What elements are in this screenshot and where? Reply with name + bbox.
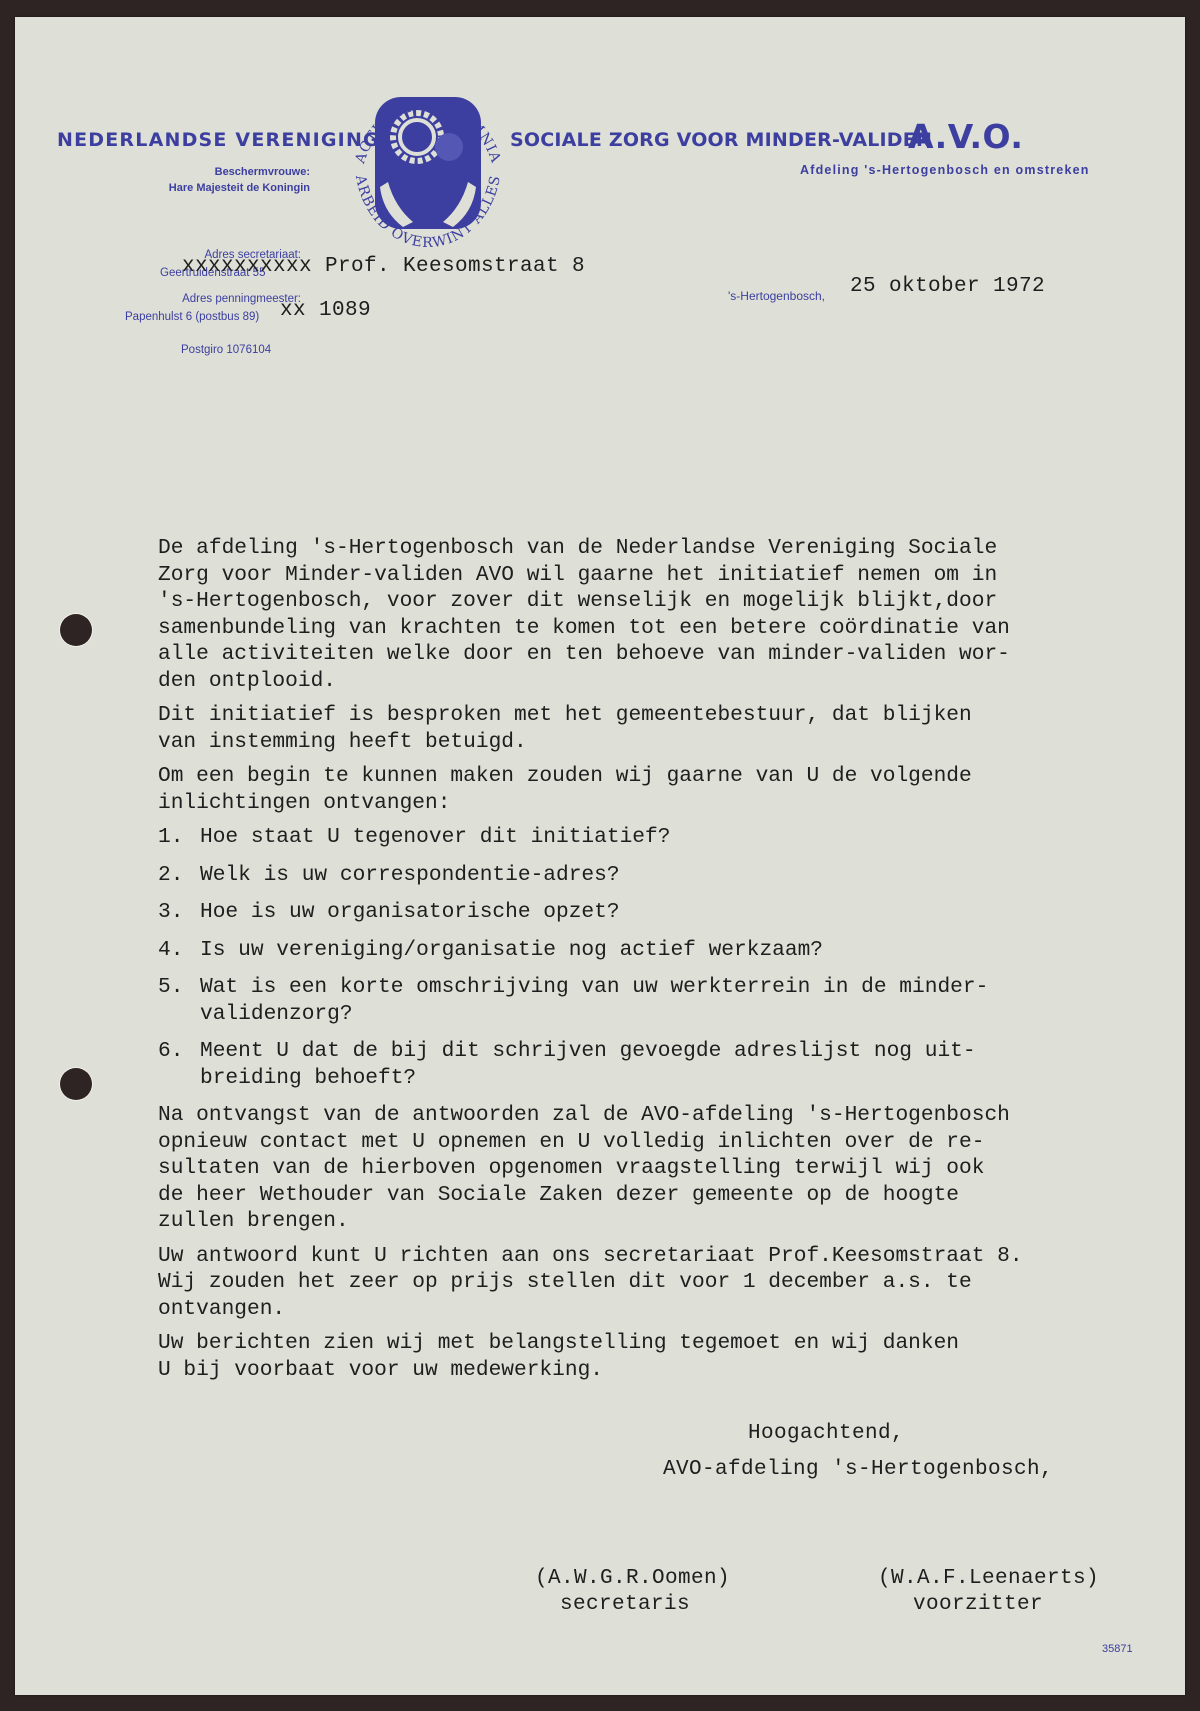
question-item: 2.Welk is uw correspondentie-adres?	[158, 862, 1118, 889]
question-item: 4.Is uw vereniging/organisatie nog actie…	[158, 937, 1118, 964]
patron-label: Beschermvrouwe:	[155, 166, 310, 178]
question-item: 6.Meent U dat de bij dit schrijven gevoe…	[158, 1038, 1118, 1091]
paragraph-thanks: Uw berichten zien wij met belangstelling…	[158, 1330, 1118, 1383]
closing-sender: AVO-afdeling 's-Hertogenbosch,	[663, 1458, 1053, 1481]
question-item: 5.Wat is een korte omschrijving van uw w…	[158, 974, 1118, 1027]
question-item: 3.Hoe is uw organisatorische opzet?	[158, 899, 1118, 926]
org-name-right: SOCIALE ZORG VOOR MINDER-VALIDEN	[510, 129, 932, 151]
postgiro-number: Postgiro 1076104	[181, 344, 271, 356]
paragraph-followup: Na ontvangst van de antwoorden zal de AV…	[158, 1102, 1118, 1235]
paragraph-request: Om een begin te kunnen maken zouden wij …	[158, 763, 1118, 816]
signature-secretary-name: (A.W.G.R.Oomen)	[535, 1567, 730, 1590]
treasurer-label: Adres penningmeester:	[145, 293, 301, 305]
letter-body: De afdeling 's-Hertogenbosch van de Nede…	[158, 535, 1118, 1391]
letter-date: 25 oktober 1972	[850, 275, 1045, 298]
letter-page: NEDERLANDSE VERENIGING Beschermvrouwe: H…	[15, 17, 1185, 1695]
avo-emblem: ACTIO VINCIT OMNIA ARBEID OVERWINT ALLES	[333, 67, 523, 257]
hole-punch-bottom	[60, 1068, 92, 1100]
department-line: Afdeling 's-Hertogenbosch en omstreken	[800, 163, 1090, 177]
paragraph-intro: De afdeling 's-Hertogenbosch van de Nede…	[158, 535, 1118, 694]
gear-and-hands-emblem-icon: ACTIO VINCIT OMNIA ARBEID OVERWINT ALLES	[333, 67, 523, 257]
paragraph-reply-address: Uw antwoord kunt U richten aan ons secre…	[158, 1243, 1118, 1323]
patron-name: Hare Majesteit de Koningin	[115, 182, 310, 194]
paragraph-municipality: Dit initiatief is besproken met het geme…	[158, 702, 1118, 755]
org-name-left: NEDERLANDSE VERENIGING	[57, 129, 380, 151]
signature-secretary-role: secretaris	[560, 1593, 690, 1616]
treasurer-address: Papenhulst 6 (postbus 89)	[125, 311, 259, 323]
questions-list: 1.Hoe staat U tegenover dit initiatief? …	[158, 824, 1118, 1091]
archive-number: 35871	[1102, 1643, 1133, 1655]
hole-punch-top	[60, 614, 92, 646]
closing-salutation: Hoogachtend,	[748, 1422, 904, 1445]
signature-chair-name: (W.A.F.Leenaerts)	[878, 1567, 1099, 1590]
signature-chair-role: voorzitter	[913, 1593, 1043, 1616]
treasurer-typed-override: xx 1089	[280, 299, 371, 322]
question-item: 1.Hoe staat U tegenover dit initiatief?	[158, 824, 1118, 851]
org-acronym: A.V.O.	[908, 117, 1023, 156]
place-label: 's-Hertogenbosch,	[728, 289, 825, 303]
secretariat-typed-address: xxxxxxxxxx Prof. Keesomstraat 8	[182, 255, 585, 278]
